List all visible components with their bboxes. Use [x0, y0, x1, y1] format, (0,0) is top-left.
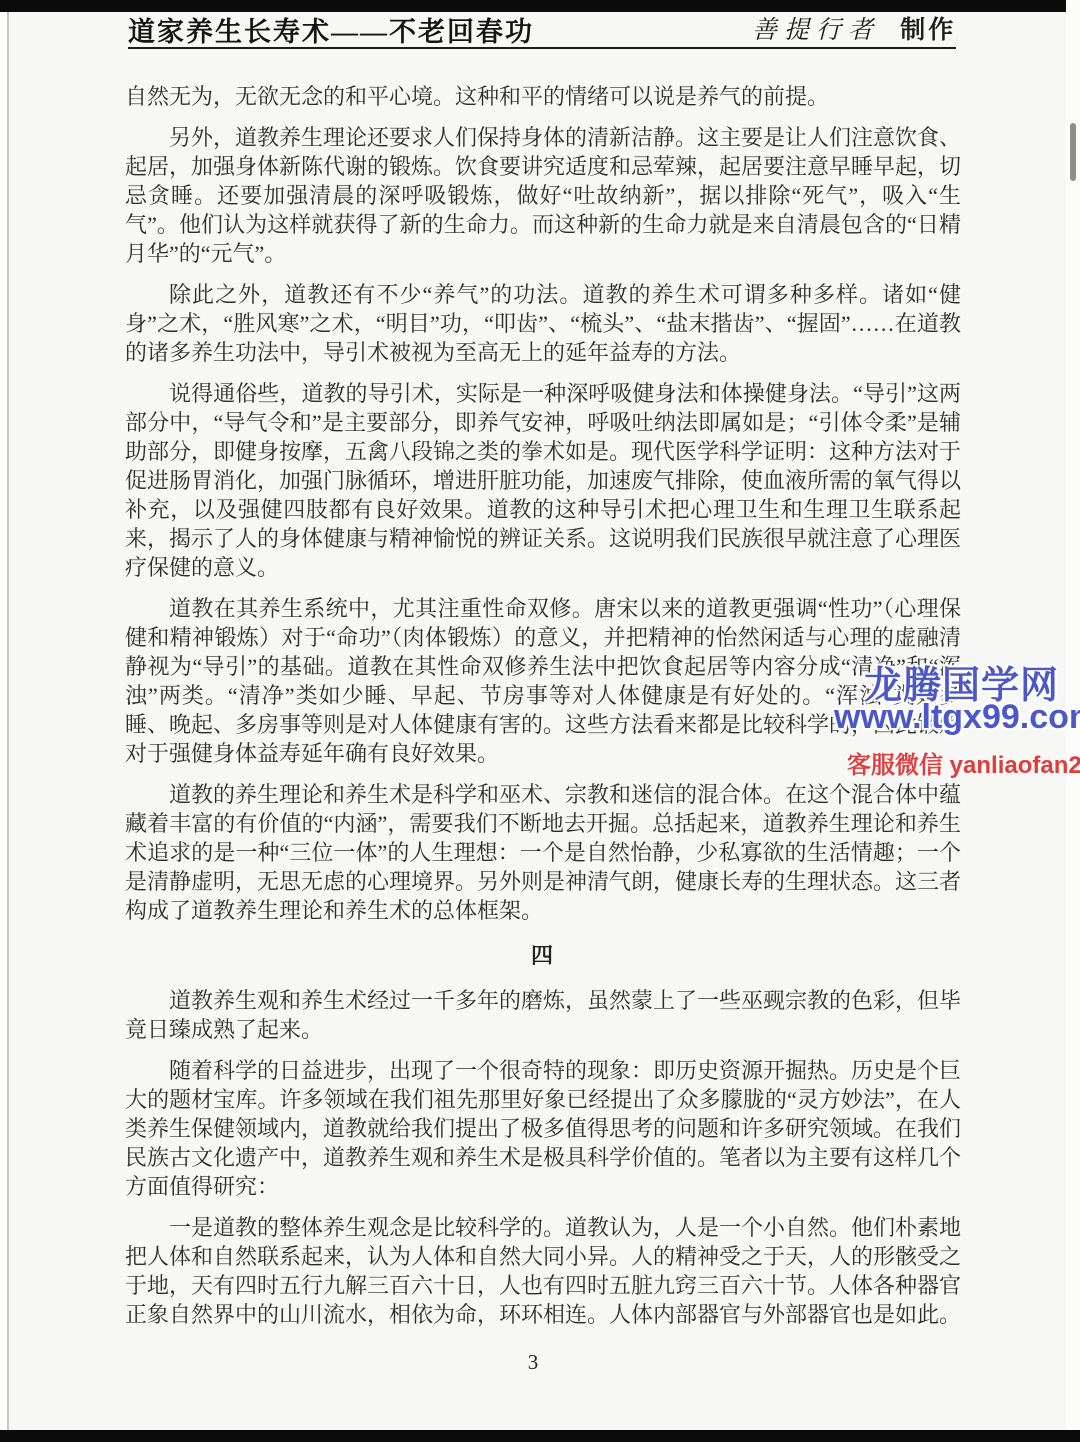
scan-right-gutter — [1066, 0, 1080, 1430]
credit-name: 善提行者 — [752, 17, 880, 44]
running-header-title: 道家养生长寿术——不老回春功 — [128, 10, 534, 49]
running-header-credit: 善提行者 制作 — [752, 10, 952, 46]
paragraph: 自然无为，无欲无念的和平心境。这种和平的情绪可以说是养气的前提。 — [125, 82, 961, 111]
scan-left-gutter — [0, 12, 7, 1430]
paragraph: 道教在其养生系统中，尤其注重性命双修。唐宋以来的道教更强调“性功”（心理保健和精… — [125, 594, 961, 768]
paragraph: 另外，道教养生理论还要求人们保持身体的清新洁静。这主要是让人们注意饮食、起居，加… — [125, 123, 961, 268]
paragraph: 除此之外，道教还有不少“养气”的功法。道教的养生术可谓多种多样。诸如“健身”之术… — [125, 280, 961, 367]
page-number: 3 — [0, 1350, 1066, 1375]
paragraph: 道教养生观和养生术经过一千多年的磨炼，虽然蒙上了一些巫觋宗教的色彩，但毕竟日臻成… — [125, 986, 961, 1044]
header-rule — [128, 47, 956, 49]
scanned-document-page: 道家养生长寿术——不老回春功 善提行者 制作 自然无为，无欲无念的和平心境。这种… — [0, 0, 1080, 1442]
paragraph: 随着科学的日益进步，出现了一个很奇特的现象：即历史资源开掘热。历史是个巨大的题材… — [125, 1056, 961, 1201]
section-heading: 四 — [125, 941, 961, 970]
scrollbar-thumb[interactable] — [1070, 123, 1076, 181]
credit-suffix: 制作 — [900, 16, 956, 44]
paragraph: 道教的养生理论和养生术是科学和巫术、宗教和迷信的混合体。在这个混合体中蕴藏着丰富… — [125, 780, 961, 925]
page-body: 自然无为，无欲无念的和平心境。这种和平的情绪可以说是养气的前提。 另外，道教养生… — [125, 82, 961, 1341]
scan-bottom-edge — [0, 1430, 1080, 1442]
paragraph: 一是道教的整体养生观念是比较科学的。道教认为，人是一个小自然。他们朴素地把人体和… — [125, 1213, 961, 1329]
scan-left-edge-line — [7, 12, 9, 1430]
paragraph: 说得通俗些，道教的导引术，实际是一种深呼吸健身法和体操健身法。“导引”这两部分中… — [125, 379, 961, 582]
